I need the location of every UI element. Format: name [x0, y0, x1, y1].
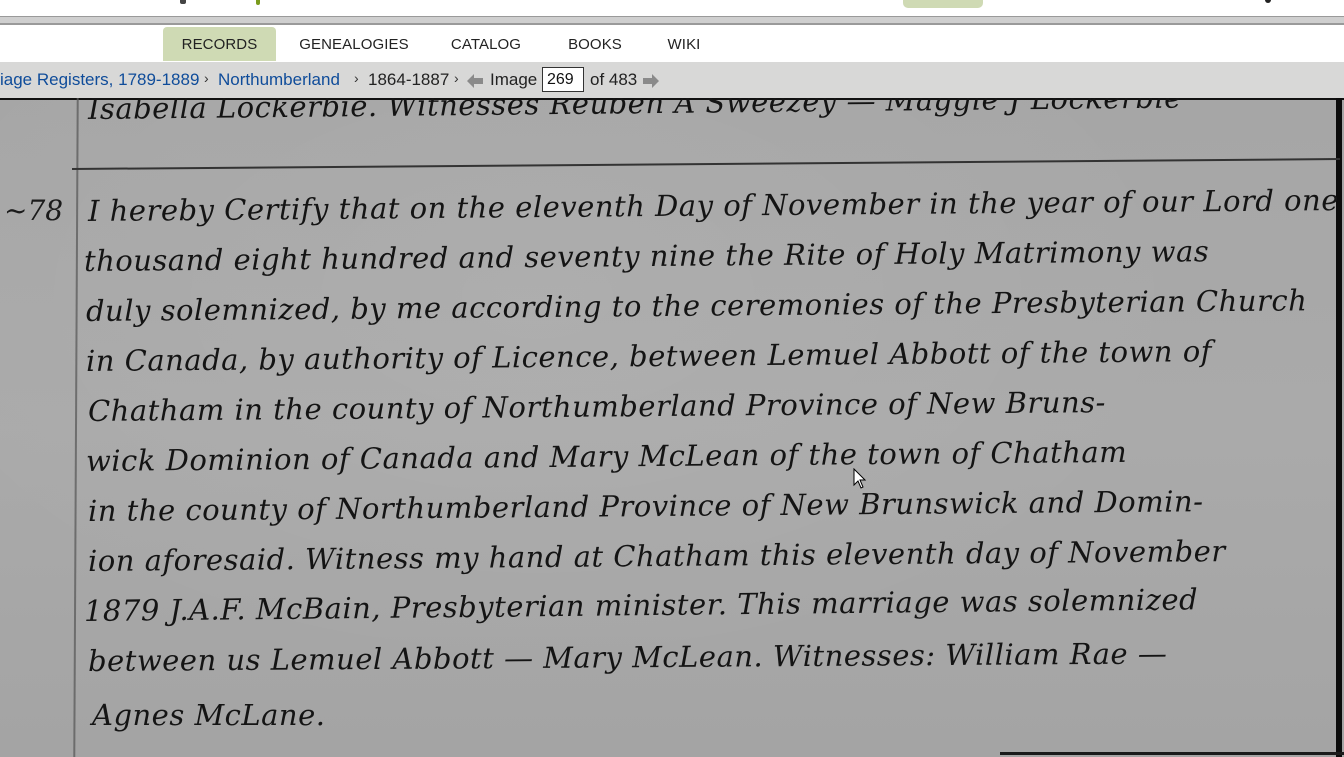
entry-divider-bottom: [1000, 752, 1344, 755]
image-total: of 483: [590, 70, 637, 90]
breadcrumb: iage Registers, 1789-1889 › Northumberla…: [0, 62, 1344, 98]
header-menu-fragment[interactable]: [1265, 0, 1271, 3]
mouse-cursor-icon: [853, 468, 867, 490]
tab-label: CATALOG: [451, 36, 521, 53]
tab-records[interactable]: RECORDS: [163, 27, 276, 61]
arrow-left-icon: [467, 74, 483, 88]
main-nav: RECORDS GENEALOGIES CATALOG BOOKS WIKI: [0, 25, 1344, 62]
site-header: [0, 0, 1344, 16]
tab-label: GENEALOGIES: [299, 36, 408, 53]
image-label: Image: [490, 70, 537, 90]
arrow-right-icon: [643, 74, 659, 88]
breadcrumb-separator: ›: [354, 70, 359, 86]
previous-image-button[interactable]: [467, 73, 483, 87]
tab-genealogies[interactable]: GENEALOGIES: [288, 27, 420, 61]
breadcrumb-collection-link[interactable]: iage Registers, 1789-1889: [0, 70, 199, 90]
breadcrumb-volume: 1864-1887: [368, 70, 449, 90]
header-divider: [0, 16, 1344, 25]
image-viewer[interactable]: ~78 Isabella Lockerbie. Witnesses Reuben…: [0, 98, 1344, 757]
header-button[interactable]: [903, 0, 983, 8]
logo-fragment: [180, 0, 186, 4]
breadcrumb-county-link[interactable]: Northumberland: [218, 70, 340, 90]
tab-wiki[interactable]: WIKI: [660, 27, 708, 61]
tab-catalog[interactable]: CATALOG: [440, 27, 532, 61]
breadcrumb-separator: ›: [204, 70, 209, 86]
logo-fragment-green: [256, 0, 260, 5]
entry-number: ~78: [4, 194, 63, 227]
tab-label: BOOKS: [568, 36, 622, 53]
tab-label: WIKI: [668, 36, 701, 53]
next-image-button[interactable]: [643, 73, 659, 87]
breadcrumb-separator: ›: [454, 70, 459, 86]
handwritten-line: Agnes McLane.: [92, 698, 326, 732]
tab-books[interactable]: BOOKS: [556, 27, 634, 61]
image-number-input[interactable]: [542, 67, 584, 92]
tab-label: RECORDS: [182, 36, 258, 53]
